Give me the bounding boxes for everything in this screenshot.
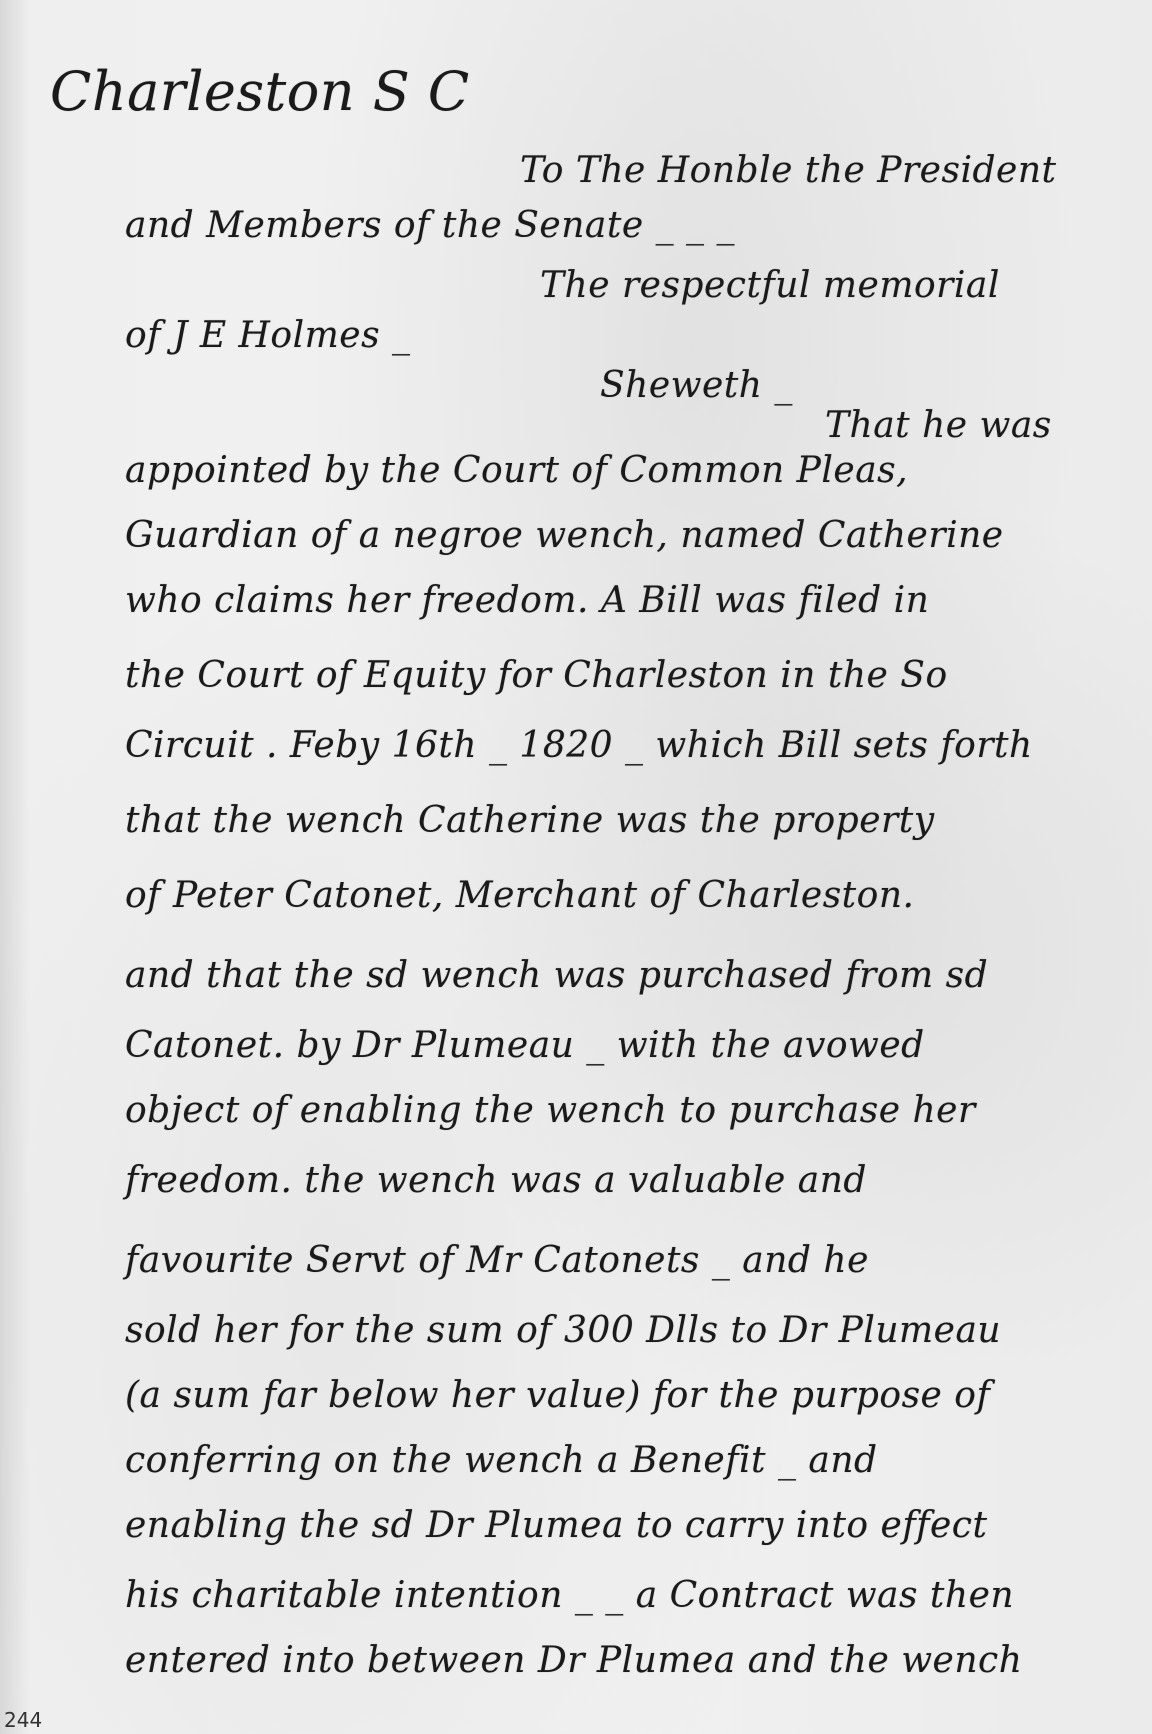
document-heading: Charleston S C (50, 60, 470, 123)
salutation-line-2: and Members of the Senate _ _ _ (125, 205, 735, 246)
body-line: favourite Servt of Mr Catonets _ and he (125, 1240, 869, 1281)
body-line: Guardian of a negroe wench, named Cather… (125, 515, 1004, 556)
body-line: Catonet. by Dr Plumeau _ with the avowed (125, 1025, 925, 1066)
body-line: (a sum far below her value) for the purp… (125, 1375, 990, 1416)
body-line: Circuit . Feby 16th _ 1820 _ which Bill … (125, 725, 1033, 766)
body-line: his charitable intention _ _ a Contract … (125, 1575, 1014, 1616)
body-line: enabling the sd Dr Plumea to carry into … (125, 1505, 987, 1546)
body-line: freedom. the wench was a valuable and (125, 1160, 867, 1201)
memorial-title: The respectful memorial (540, 265, 1000, 306)
body-line: That he was (825, 405, 1052, 446)
body-line: of Peter Catonet, Merchant of Charleston… (125, 875, 914, 916)
body-line: appointed by the Court of Common Pleas, (125, 450, 908, 491)
body-line: that the wench Catherine was the propert… (125, 800, 935, 841)
body-line: the Court of Equity for Charleston in th… (125, 655, 948, 696)
body-line: object of enabling the wench to purchase… (125, 1090, 976, 1131)
body-line: sold her for the sum of 300 Dlls to Dr P… (125, 1310, 1001, 1351)
body-line: entered into between Dr Plumea and the w… (125, 1640, 1022, 1681)
memorialist-name: of J E Holmes _ (125, 315, 410, 356)
body-line: and that the sd wench was purchased from… (125, 955, 988, 996)
body-line: who claims her freedom. A Bill was filed… (125, 580, 929, 621)
page-number: 244 (4, 1708, 42, 1732)
manuscript-page: Charleston S C To The Honble the Preside… (0, 0, 1152, 1734)
sheweth-line: Sheweth _ (600, 365, 793, 406)
salutation-line-1: To The Honble the President (520, 150, 1056, 191)
body-line: conferring on the wench a Benefit _ and (125, 1440, 878, 1481)
